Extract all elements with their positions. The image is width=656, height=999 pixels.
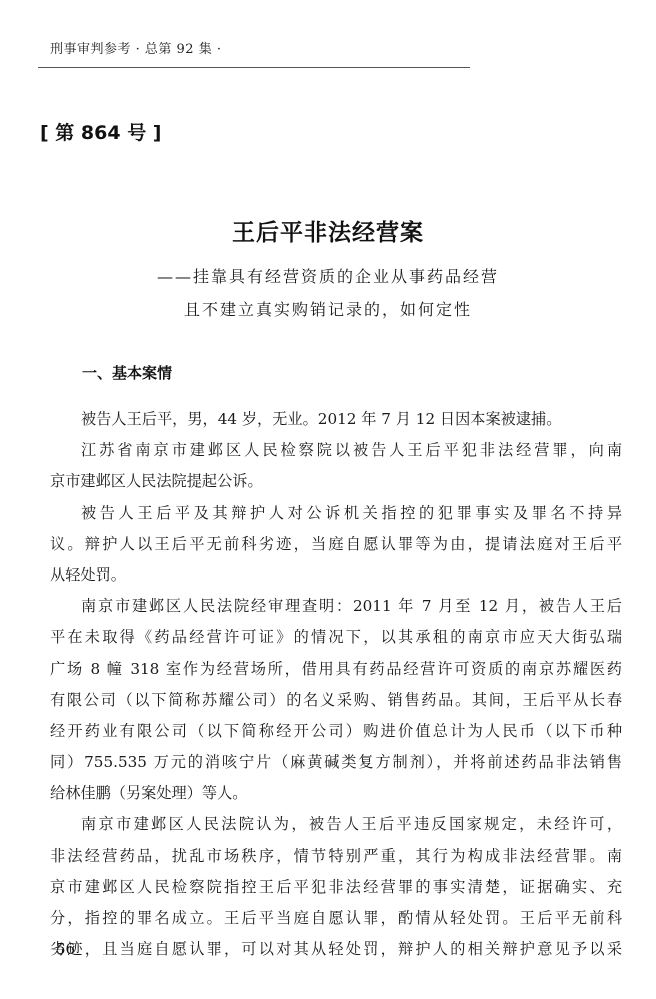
body-line: 同）755.535 万元的消咳宁片（麻黄碱类复方制剂），并将前述药品非法销售 [50,747,622,778]
body-line: 广场 8 幢 318 室作为经营场所，借用具有药品经营许可资质的南京苏耀医药 [50,654,622,685]
body-line: 被告人王后平，男，44 岁，无业。2012 年 7 月 12 日因本案被逮捕。 [50,404,622,435]
body-line: 江苏省南京市建邺区人民检察院以被告人王后平犯非法经营罪，向南 [50,435,622,466]
header-rule [38,67,470,68]
case-number: [ 第 864 号 ] [40,118,162,145]
body-line: 有限公司（以下简称苏耀公司）的名义采购、销售药品。其间，王后平从长春 [50,685,622,716]
body-line: 给林佳鹏（另案处理）等人。 [50,778,622,809]
document-subtitle-line-2: 且不建立真实购销记录的，如何定性 [0,297,656,320]
document-subtitle-line-1: ——挂靠具有经营资质的企业从事药品经营 [0,264,656,287]
body-line: 非法经营药品，扰乱市场秩序，情节特别严重，其行为构成非法经营罪。南 [50,841,622,872]
body-line: 平在未取得《药品经营许可证》的情况下，以其承租的南京市应天大街弘瑞 [50,622,622,653]
body-line: 京市建邺区人民检察院指控王后平犯非法经营罪的事实清楚，证据确实、充 [50,872,622,903]
page-number: 56 [56,940,75,958]
section-heading: 一、基本案情 [82,362,172,383]
body-line: 分，指控的罪名成立。王后平当庭自愿认罪，酌情从轻处罚。王后平无前科 [50,903,622,934]
body-line: 从轻处罚。 [50,560,622,591]
running-header: 刑事审判参考 · 总第 92 集 · [50,38,221,57]
body-text: 被告人王后平，男，44 岁，无业。2012 年 7 月 12 日因本案被逮捕。江… [50,404,622,965]
body-line: 议。辩护人以王后平无前科劣迹，当庭自愿认罪等为由，提请法庭对王后平 [50,529,622,560]
document-title: 王后平非法经营案 [0,214,656,247]
body-line: 经开药业有限公司（以下简称经开公司）购进价值总计为人民币（以下币种 [50,716,622,747]
body-line: 被告人王后平及其辩护人对公诉机关指控的犯罪事实及罪名不持异 [50,498,622,529]
body-line: 劣迹，且当庭自愿认罪，可以对其从轻处罚，辩护人的相关辩护意见予以采 [50,934,622,965]
body-line: 南京市建邺区人民法院认为，被告人王后平违反国家规定，未经许可， [50,809,622,840]
body-line: 京市建邺区人民法院提起公诉。 [50,466,622,497]
body-line: 南京市建邺区人民法院经审理查明：2011 年 7 月至 12 月，被告人王后 [50,591,622,622]
